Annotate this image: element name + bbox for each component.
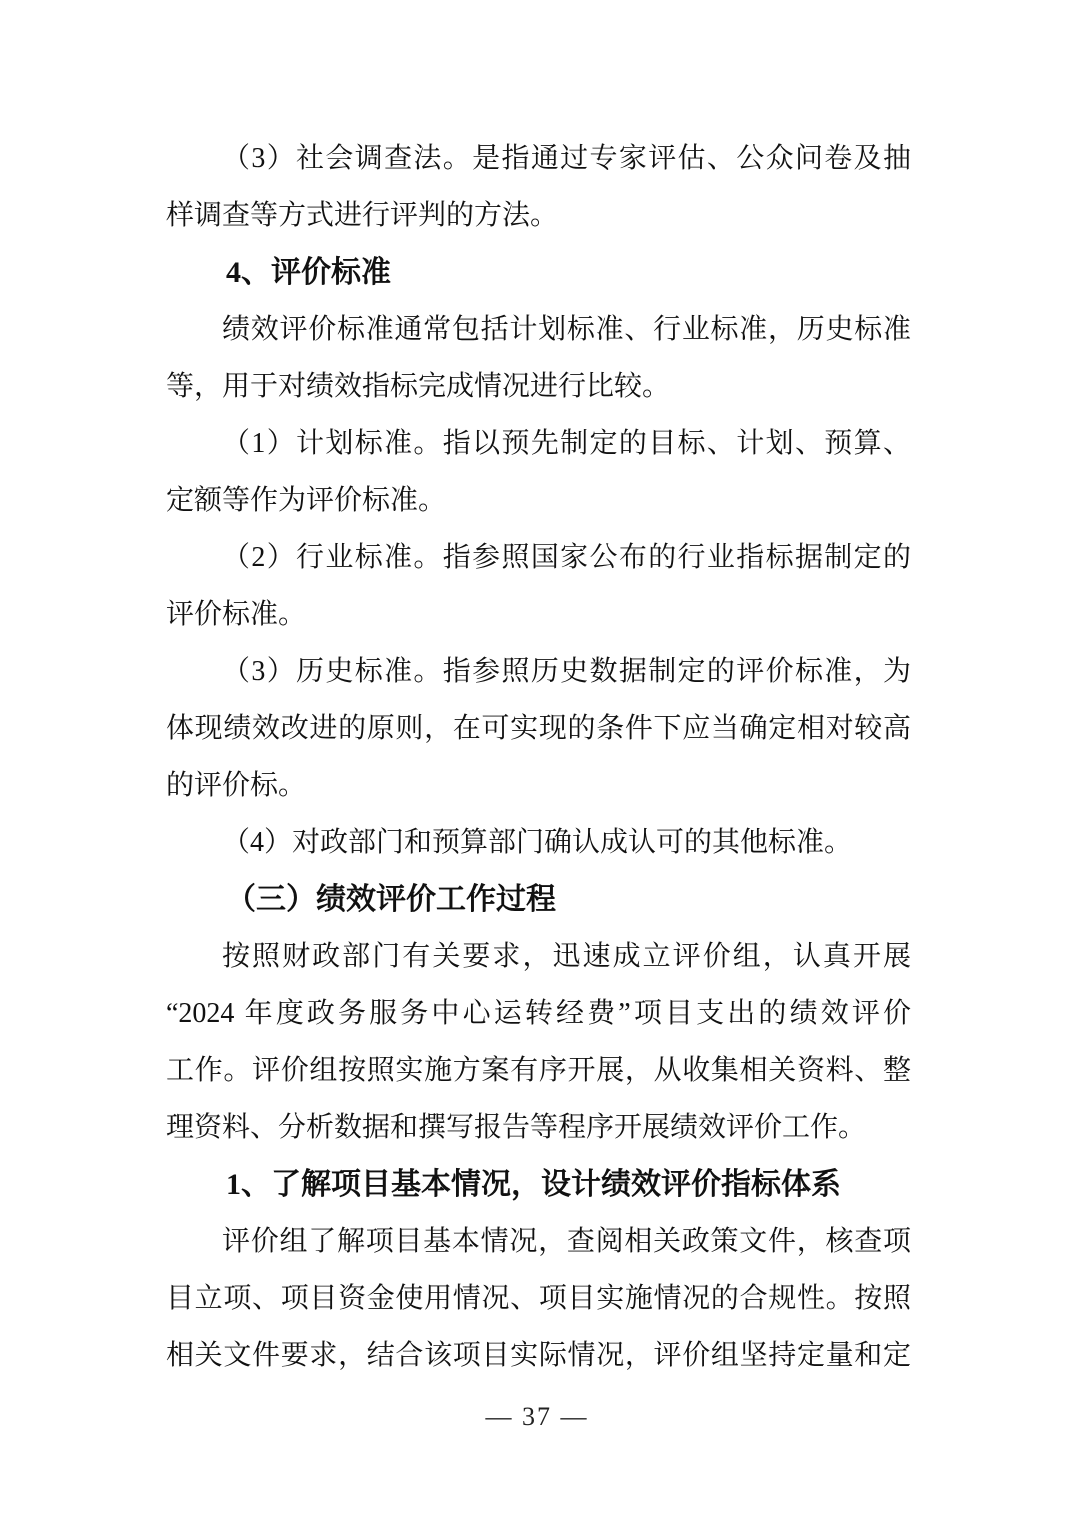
text-line: “2024 年度政务服务中心运转经费”项目支出的绩效评价 xyxy=(166,985,911,1042)
text-line: 按照财政部门有关要求，迅速成立评价组，认真开展 xyxy=(166,928,911,985)
page-footer: — 37 — xyxy=(0,1402,1074,1432)
text-line: 的评价标。 xyxy=(166,757,911,814)
text-line: 等，用于对绩效指标完成情况进行比较。 xyxy=(166,358,911,415)
text-line: （2）行业标准。指参照国家公布的行业指标据制定的 xyxy=(166,529,911,586)
text-line: 相关文件要求，结合该项目实际情况，评价组坚持定量和定 xyxy=(166,1327,911,1384)
text-line: 体现绩效改进的原则，在可实现的条件下应当确定相对较高 xyxy=(166,700,911,757)
document-page: （3）社会调查法。是指通过专家评估、公众问卷及抽样调查等方式进行评判的方法。4、… xyxy=(0,0,1074,1520)
text-line: 绩效评价标准通常包括计划标准、行业标准，历史标准 xyxy=(166,301,911,358)
text-line: （3）社会调查法。是指通过专家评估、公众问卷及抽 xyxy=(166,130,911,187)
text-line: 评价标准。 xyxy=(166,586,911,643)
text-line: 定额等作为评价标准。 xyxy=(166,472,911,529)
text-line: （1）计划标准。指以预先制定的目标、计划、预算、 xyxy=(166,415,911,472)
document-content: （3）社会调查法。是指通过专家评估、公众问卷及抽样调查等方式进行评判的方法。4、… xyxy=(166,130,911,1384)
page-number: — 37 — xyxy=(486,1402,589,1431)
text-line: 目立项、项目资金使用情况、项目实施情况的合规性。按照 xyxy=(166,1270,911,1327)
text-line: 理资料、分析数据和撰写报告等程序开展绩效评价工作。 xyxy=(166,1099,911,1156)
text-line: （三）绩效评价工作过程 xyxy=(166,871,911,928)
text-line: （3）历史标准。指参照历史数据制定的评价标准，为 xyxy=(166,643,911,700)
text-line: 4、评价标准 xyxy=(166,244,911,301)
text-line: 评价组了解项目基本情况，查阅相关政策文件，核查项 xyxy=(166,1213,911,1270)
text-line: 1、了解项目基本情况，设计绩效评价指标体系 xyxy=(166,1156,911,1213)
text-line: 样调查等方式进行评判的方法。 xyxy=(166,187,911,244)
text-line: （4）对政部门和预算部门确认成认可的其他标准。 xyxy=(166,814,911,871)
text-line: 工作。评价组按照实施方案有序开展，从收集相关资料、整 xyxy=(166,1042,911,1099)
